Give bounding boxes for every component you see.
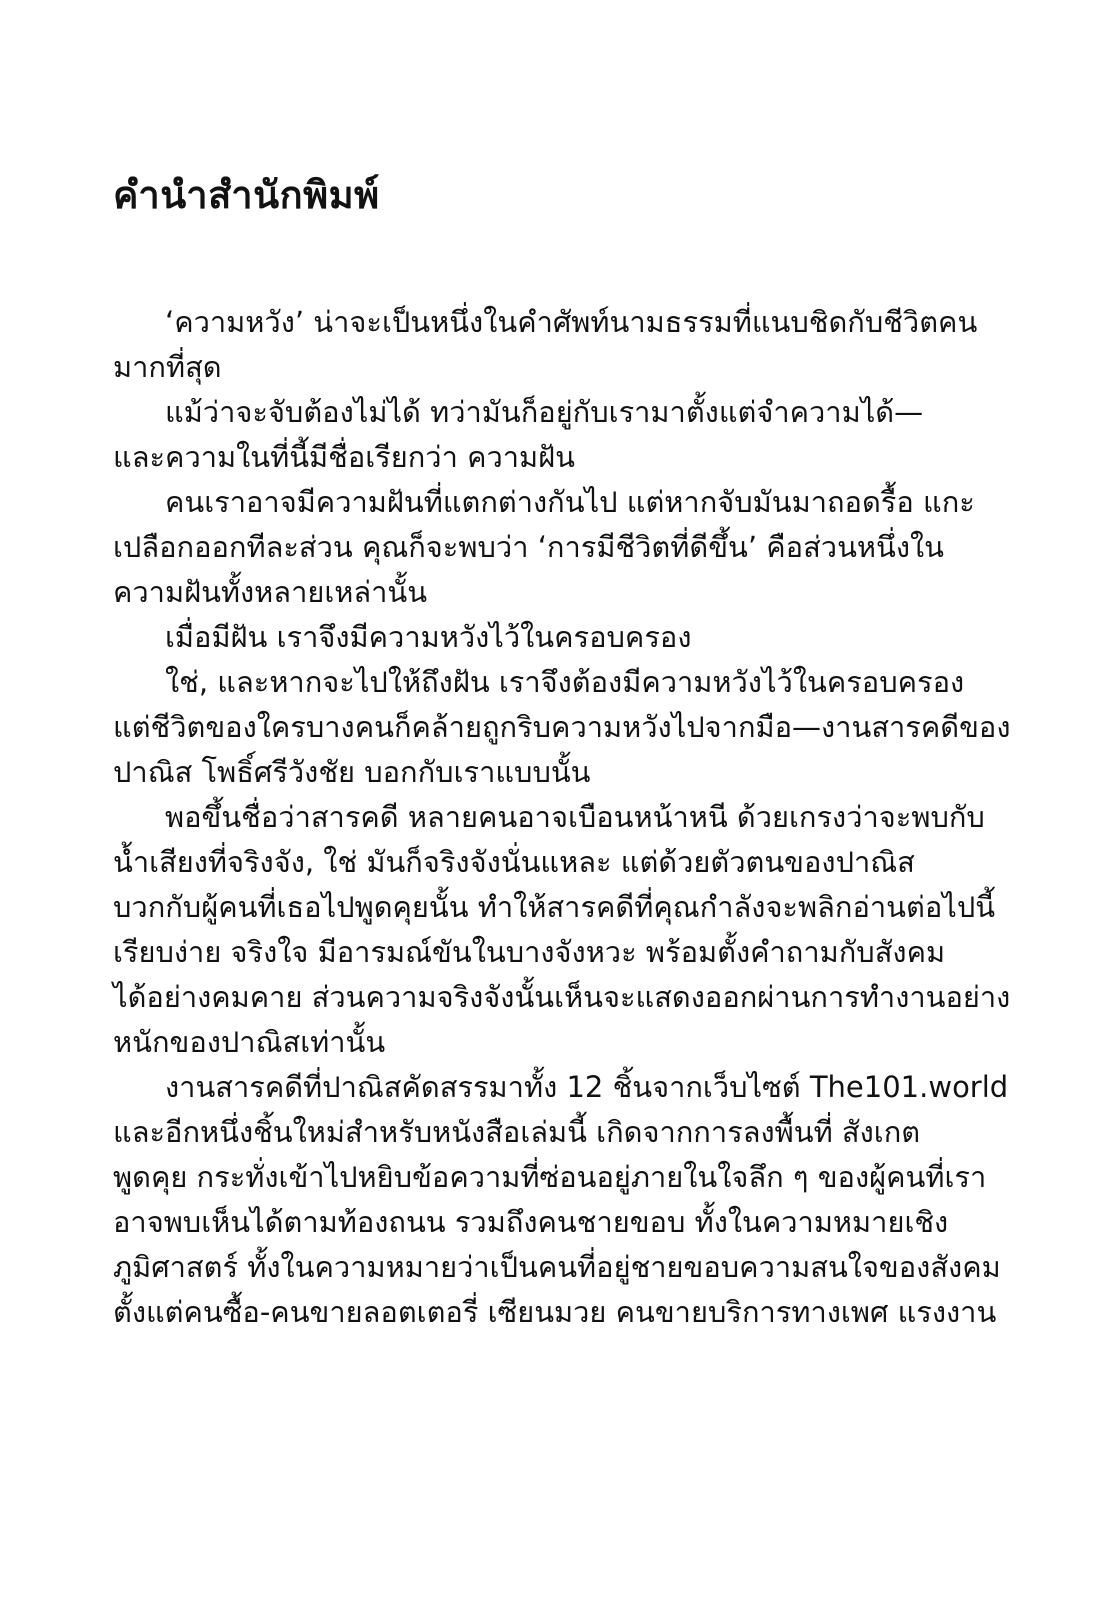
- text-line: คนเราอาจมีความฝันที่แตกต่างกันไป แต่หากจ…: [113, 480, 995, 525]
- text-line: ตั้งแต่คนซื้อ-คนขายลอตเตอรี่ เซียนมวย คน…: [113, 1290, 995, 1335]
- text-line: งานสารคดีที่ปาณิสคัดสรรมาทั้ง 12 ชิ้นจาก…: [113, 1065, 995, 1110]
- text-line: และอีกหนึ่งชิ้นใหม่สำหรับหนังสือเล่มนี้ …: [113, 1110, 995, 1155]
- text-line: บวกกับผู้คนที่เธอไปพูดคุยนั้น ทำให้สารคด…: [113, 885, 995, 930]
- text-line: และความในที่นี้มีชื่อเรียกว่า ความฝัน: [113, 435, 995, 480]
- text-line: พูดคุย กระทั่งเข้าไปหยิบข้อความที่ซ่อนอย…: [113, 1155, 995, 1200]
- text-line: มากที่สุด: [113, 345, 995, 390]
- text-line: แม้ว่าจะจับต้องไม่ได้ ทว่ามันก็อยู่กับเร…: [113, 390, 995, 435]
- book-page: คำนำสำนักพิมพ์ ‘ความหวัง’ น่าจะเป็นหนึ่ง…: [0, 0, 1101, 1621]
- page-title: คำนำสำนักพิมพ์: [113, 171, 380, 220]
- text-line: เปลือกออกทีละส่วน คุณก็จะพบว่า ‘การมีชีว…: [113, 525, 995, 570]
- text-line: เมื่อมีฝัน เราจึงมีความหวังไว้ในครอบครอง: [113, 615, 995, 660]
- text-line: ได้อย่างคมคาย ส่วนความจริงจังนั้นเห็นจะแ…: [113, 975, 995, 1020]
- text-line: ใช่, และหากจะไปให้ถึงฝัน เราจึงต้องมีควา…: [113, 660, 995, 705]
- text-line: ความฝันทั้งหลายเหล่านั้น: [113, 570, 995, 615]
- body-text: ‘ความหวัง’ น่าจะเป็นหนึ่งในคำศัพท์นามธรร…: [113, 300, 995, 1335]
- text-line: แต่ชีวิตของใครบางคนก็คล้ายถูกริบความหวัง…: [113, 705, 995, 750]
- text-line: เรียบง่าย จริงใจ มีอารมณ์ขันในบางจังหวะ …: [113, 930, 995, 975]
- text-line: อาจพบเห็นได้ตามท้องถนน รวมถึงคนชายขอบ ทั…: [113, 1200, 995, 1245]
- text-line: ปาณิส โพธิ์ศรีวังชัย บอกกับเราแบบนั้น: [113, 750, 995, 795]
- text-line: หนักของปาณิสเท่านั้น: [113, 1020, 995, 1065]
- text-line: ภูมิศาสตร์ ทั้งในความหมายว่าเป็นคนที่อยู…: [113, 1245, 995, 1290]
- text-line: ‘ความหวัง’ น่าจะเป็นหนึ่งในคำศัพท์นามธรร…: [113, 300, 995, 345]
- text-line: พอขึ้นชื่อว่าสารคดี หลายคนอาจเบือนหน้าหน…: [113, 795, 995, 840]
- text-line: น้ำเสียงที่จริงจัง, ใช่ มันก็จริงจังนั่น…: [113, 840, 995, 885]
